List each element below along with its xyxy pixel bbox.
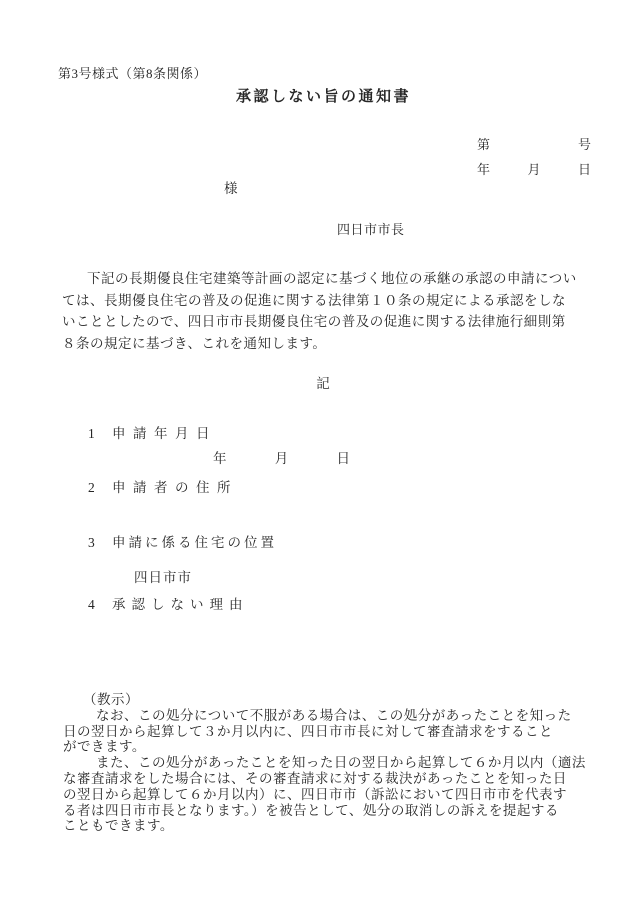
document-page: 第3号様式（第8条関係） 承認しない旨の通知書 第 号 年 月 日 様 四日市市…: [0, 0, 630, 903]
list-item-applicant-address: 2申請者の住所: [88, 481, 238, 495]
document-number-prefix: 第: [477, 132, 490, 157]
list-item-number: 3: [88, 536, 112, 550]
notice-line: の翌日から起算して６か月以内）に、四日市市（訴訟において四日市市を代表す: [63, 787, 586, 803]
list-item-house-location: 3申請に係る住宅の位置: [88, 536, 277, 550]
list-item-number: 2: [88, 481, 112, 495]
body-paragraph: 下記の長期優良住宅建築等計画の認定に基づく地位の承継の承認の申請につい ては、長…: [62, 268, 577, 354]
document-number-suffix: 号: [578, 132, 591, 157]
issue-date-line: 年 月 日: [477, 157, 591, 182]
document-title: 承認しない旨の通知書: [0, 90, 630, 105]
notice-line: 日の翌日から起算して３か月以内に、四日市市長に対して審査請求をすること: [63, 724, 586, 740]
document-number-line: 第 号: [477, 132, 591, 157]
notice-line: な審査請求をした場合には、その審査請求に対する裁決があったことを知った日: [63, 771, 586, 787]
notice-line: なお、この処分について不服がある場合は、この処分があったことを知った: [63, 708, 586, 724]
list-item-application-date: 1申請年月日: [88, 427, 217, 441]
issue-date-year-label: 年: [477, 157, 490, 182]
notice-section: （教示） なお、この処分について不服がある場合は、この処分があったことを知った …: [63, 692, 586, 834]
application-date-year-label: 年: [213, 452, 227, 466]
list-item-label: 申請年月日: [112, 426, 217, 441]
application-date-month-label: 月: [275, 452, 289, 466]
issuer-name: 四日市市長: [337, 223, 405, 236]
notice-line: ができます。: [63, 739, 586, 755]
body-line: 下記の長期優良住宅建築等計画の認定に基づく地位の承継の承認の申請につい: [62, 268, 577, 290]
list-item-label: 申請者の住所: [112, 480, 238, 495]
list-item-number: 4: [88, 598, 112, 612]
notice-line: る者は四日市市長となります。）を被告として、処分の取消しの訴えを提起する: [63, 803, 586, 819]
issue-date-day-label: 日: [578, 157, 591, 182]
notice-line: こともできます。: [63, 818, 586, 834]
record-heading: 記: [0, 377, 630, 391]
addressee-honorific: 様: [224, 182, 238, 196]
issue-date-month-label: 月: [527, 157, 540, 182]
list-item-refusal-reason: 4承認しない理由: [88, 598, 249, 612]
list-item-label: 申請に係る住宅の位置: [112, 535, 277, 550]
notice-line: また、この処分があったことを知った日の翌日から起算して６か月以内（適法: [63, 755, 586, 771]
house-location-city: 四日市市: [134, 571, 192, 585]
notice-heading: （教示）: [63, 692, 586, 708]
document-number-date-block: 第 号 年 月 日: [477, 132, 591, 182]
list-item-number: 1: [88, 427, 112, 441]
body-line: いこととしたので、四日市市長期優良住宅の普及の促進に関する法律施行細則第: [62, 311, 577, 333]
application-date-line: 年 月 日: [213, 452, 350, 466]
form-number: 第3号様式（第8条関係）: [58, 67, 207, 80]
body-line: ８条の規定に基づき、これを通知します。: [62, 333, 577, 355]
application-date-day-label: 日: [337, 452, 351, 466]
body-line: ては、長期優良住宅の普及の促進に関する法律第１０条の規定による承認をしな: [62, 290, 577, 312]
list-item-label: 承認しない理由: [112, 597, 249, 612]
